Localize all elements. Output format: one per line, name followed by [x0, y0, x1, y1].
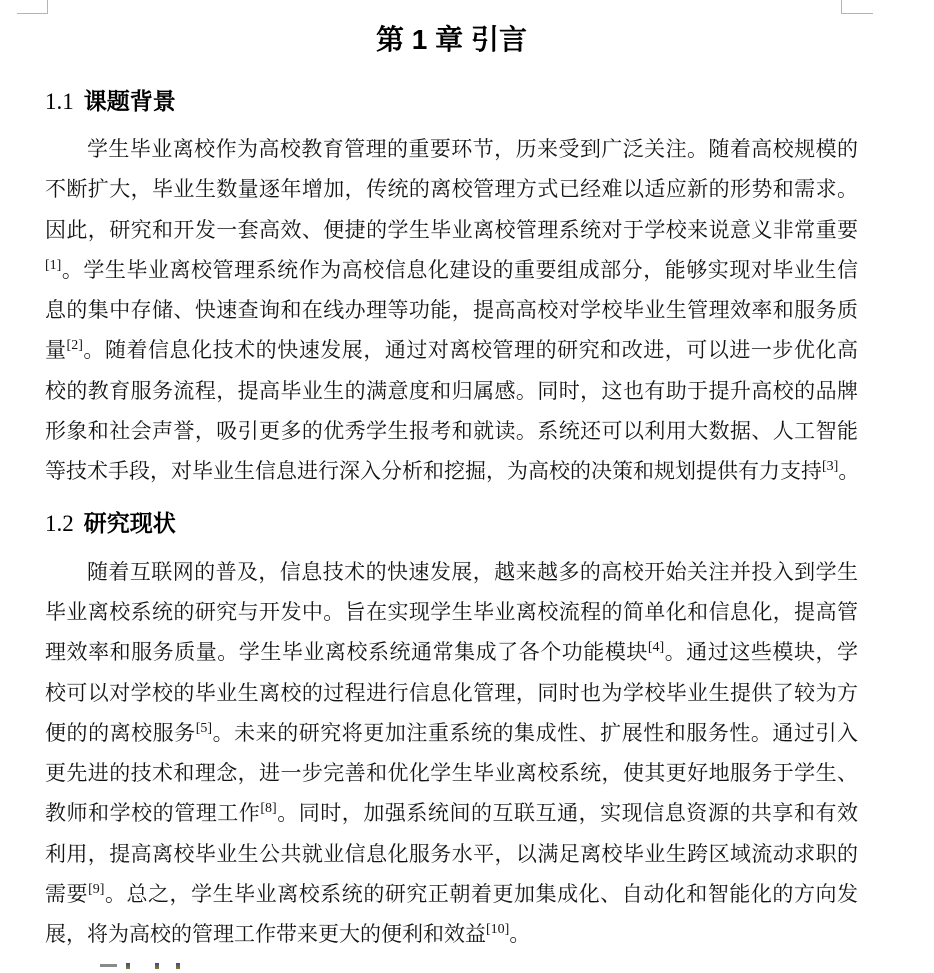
text-line[interactable]: 需要[9]。总之，学生毕业离校系统的研究正朝着更加集成化、自动化和智能化的方向发	[45, 874, 858, 914]
citation-ref: [3]	[822, 459, 838, 474]
text-line[interactable]: 校的教育服务流程，提高毕业生的满意度和归属感。同时，这也有助于提升高校的品牌	[45, 371, 858, 411]
text-run: 需要	[45, 882, 88, 906]
text-line[interactable]: 展，将为高校的管理工作带来更大的便利和效益[10]。	[45, 914, 858, 954]
text-run: 毕业离校系统的研究与开发中。旨在实现学生毕业离校流程的简单化和信息化，提高管	[45, 600, 858, 624]
paragraph-research-status[interactable]: 随着互联网的普及，信息技术的快速发展，越来越多的高校开始关注并投入到学生毕业离校…	[45, 552, 858, 955]
clipped-next-text-line	[0, 962, 934, 973]
citation-ref: [10]	[486, 922, 509, 937]
page-margin-crop-mark-top-left	[17, 0, 48, 14]
text-line[interactable]: 因此，研究和开发一套高效、便捷的学生毕业离校管理系统对于学校来说意义非常重要	[45, 210, 858, 250]
citation-ref: [8]	[260, 801, 276, 816]
clipped-glyph-fragment	[155, 963, 159, 969]
text-run: 。未来的研究将更加注重系统的集成性、扩展性和服务性。通过引入	[212, 721, 858, 745]
citation-ref: [1]	[45, 258, 61, 273]
text-line[interactable]: 教师和学校的管理工作[8]。同时，加强系统间的互联互通，实现信息资源的共享和有效	[45, 793, 858, 833]
text-run: 息的集中存储、快速查询和在线办理等功能，提高高校对学校毕业生管理效率和服务质	[45, 298, 858, 322]
text-run: 。随着信息化技术的快速发展，通过对离校管理的研究和改进，可以进一步优化高	[83, 338, 858, 362]
text-run: 量	[45, 338, 67, 362]
text-line[interactable]: 便的的离校服务[5]。未来的研究将更加注重系统的集成性、扩展性和服务性。通过引入	[45, 713, 858, 753]
text-run: 。	[838, 459, 858, 483]
text-run: 。同时，加强系统间的互联互通，实现信息资源的共享和有效	[277, 801, 858, 825]
text-run: 。	[509, 922, 530, 946]
text-line[interactable]: 毕业离校系统的研究与开发中。旨在实现学生毕业离校流程的简单化和信息化，提高管	[45, 592, 858, 632]
citation-ref: [2]	[67, 338, 83, 353]
text-run: 不断扩大，毕业生数量逐年增加，传统的离校管理方式已经难以适应新的形势和需求。	[45, 177, 858, 201]
text-line[interactable]: 利用，提高离校毕业生公共就业信息化服务水平，以满足离校毕业生跨区域流动求职的	[45, 834, 858, 874]
section-number: 1.2	[45, 511, 74, 536]
text-run: 等技术手段，对毕业生信息进行深入分析和挖掘，为高校的决策和规划提供有力支持	[45, 459, 822, 483]
text-line[interactable]: 形象和社会声誉，吸引更多的优秀学生报考和就读。系统还可以利用大数据、人工智能	[45, 411, 858, 451]
text-run: 校可以对学校的毕业生离校的过程进行信息化管理，同时也为学校毕业生提供了较为方	[45, 681, 858, 705]
section-heading-1-2[interactable]: 1.2研究现状	[45, 508, 858, 539]
section-number: 1.1	[45, 89, 74, 114]
text-line[interactable]: 息的集中存储、快速查询和在线办理等功能，提高高校对学校毕业生管理效率和服务质	[45, 290, 858, 330]
text-line[interactable]: 随着互联网的普及，信息技术的快速发展，越来越多的高校开始关注并投入到学生	[45, 552, 858, 592]
text-line[interactable]: 更先进的技术和理念，进一步完善和优化学生毕业离校系统，使其更好地服务于学生、	[45, 753, 858, 793]
text-run: 校的教育服务流程，提高毕业生的满意度和归属感。同时，这也有助于提升高校的品牌	[45, 379, 858, 403]
text-line[interactable]: [1]。学生毕业离校管理系统作为高校信息化建设的重要组成部分，能够实现对毕业生信	[45, 250, 858, 290]
text-line[interactable]: 不断扩大，毕业生数量逐年增加，传统的离校管理方式已经难以适应新的形势和需求。	[45, 169, 858, 209]
text-line[interactable]: 学生毕业离校作为高校教育管理的重要环节，历来受到广泛关注。随着高校规模的	[45, 129, 858, 169]
section-label: 课题背景	[84, 88, 176, 114]
text-run: 便的的离校服务	[45, 721, 196, 745]
text-line[interactable]: 量[2]。随着信息化技术的快速发展，通过对离校管理的研究和改进，可以进一步优化高	[45, 330, 858, 370]
text-run: 展，将为高校的管理工作带来更大的便利和效益	[45, 922, 486, 946]
text-run: 。学生毕业离校管理系统作为高校信息化建设的重要组成部分，能够实现对毕业生信	[61, 258, 858, 282]
text-run: 学生毕业离校作为高校教育管理的重要环节，历来受到广泛关注。随着高校规模的	[87, 137, 858, 161]
text-run: 。总之，学生毕业离校系统的研究正朝着更加集成化、自动化和智能化的方向发	[104, 882, 858, 906]
clipped-glyph-fragment	[100, 964, 117, 967]
clipped-glyph-fragment	[176, 963, 180, 969]
text-run: 因此，研究和开发一套高效、便捷的学生毕业离校管理系统对于学校来说意义非常重要	[45, 218, 858, 242]
citation-ref: [5]	[196, 721, 212, 736]
paragraph-background[interactable]: 学生毕业离校作为高校教育管理的重要环节，历来受到广泛关注。随着高校规模的不断扩大…	[45, 129, 858, 492]
text-line[interactable]: 等技术手段，对毕业生信息进行深入分析和挖掘，为高校的决策和规划提供有力支持[3]…	[45, 451, 858, 491]
text-run: 理效率和服务质量。学生毕业离校系统通常集成了各个功能模块	[45, 640, 648, 664]
chapter-title[interactable]: 第 1 章 引言	[45, 20, 858, 60]
text-line[interactable]: 校可以对学校的毕业生离校的过程进行信息化管理，同时也为学校毕业生提供了较为方	[45, 673, 858, 713]
section-heading-1-1[interactable]: 1.1课题背景	[45, 86, 858, 117]
document-page: 第 1 章 引言 1.1课题背景 学生毕业离校作为高校教育管理的重要环节，历来受…	[0, 0, 934, 973]
text-line[interactable]: 理效率和服务质量。学生毕业离校系统通常集成了各个功能模块[4]。通过这些模块，学	[45, 632, 858, 672]
section-label: 研究现状	[84, 510, 176, 536]
text-run: 教师和学校的管理工作	[45, 801, 260, 825]
text-run: 利用，提高离校毕业生公共就业信息化服务水平，以满足离校毕业生跨区域流动求职的	[45, 842, 858, 866]
text-column: 第 1 章 引言 1.1课题背景 学生毕业离校作为高校教育管理的重要环节，历来受…	[45, 0, 858, 955]
citation-ref: [4]	[648, 640, 664, 655]
text-run: 。通过这些模块，学	[664, 640, 858, 664]
text-run: 更先进的技术和理念，进一步完善和优化学生毕业离校系统，使其更好地服务于学生、	[45, 761, 858, 785]
clipped-glyph-fragment	[126, 963, 130, 969]
citation-ref: [9]	[88, 882, 104, 897]
text-run: 形象和社会声誉，吸引更多的优秀学生报考和就读。系统还可以利用大数据、人工智能	[45, 419, 858, 443]
text-run: 随着互联网的普及，信息技术的快速发展，越来越多的高校开始关注并投入到学生	[87, 560, 858, 584]
